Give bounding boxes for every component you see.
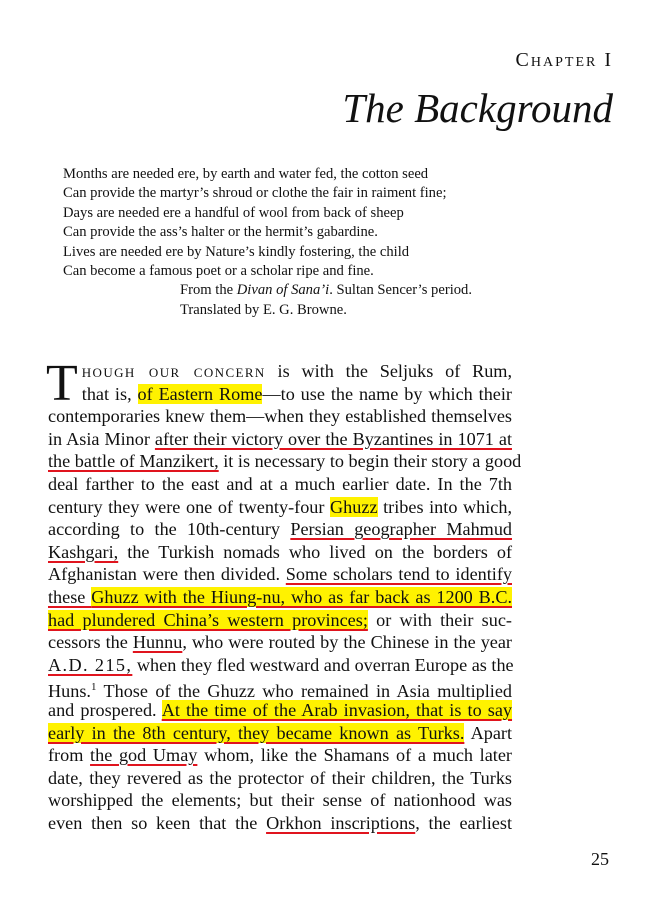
text-line: date, they revered as the protector of t…	[48, 767, 512, 790]
epigraph-line: Lives are needed ere by Nature’s kindly …	[63, 243, 472, 262]
underline-annotation[interactable]: Persian geographer Mahmud	[290, 519, 512, 539]
text-line: Kashgari, the Turkish nomads who lived o…	[48, 541, 512, 564]
epigraph-line: Can provide the ass’s halter or the herm…	[63, 223, 472, 242]
text-line: these Ghuzz with the Hiung-nu, who as fa…	[48, 586, 512, 609]
attribution-work: Divan of Sana’i	[237, 282, 329, 298]
underline-annotation[interactable]: the god Umay	[90, 745, 197, 765]
epigraph: Months are needed ere, by earth and wate…	[63, 165, 472, 320]
chapter-label: Chapter I	[516, 49, 613, 72]
text-line: even then so keen that the Orkhon inscri…	[48, 812, 512, 835]
text-line: and prospered. At the time of the Arab i…	[48, 699, 512, 722]
attribution-suffix: . Sultan Sencer’s period.	[329, 282, 472, 298]
text-line: worshipped the elements; but their sense…	[48, 789, 512, 812]
underline-annotation[interactable]: after their victory over the Byzantines …	[155, 429, 512, 449]
text-line: the battle of Manzikert, it is necessary…	[48, 450, 512, 473]
text-line: that is, of Eastern Rome—to use the name…	[48, 383, 512, 406]
highlight[interactable]: At the time of the Arab invasion, that i…	[162, 700, 512, 720]
epigraph-translator: Translated by E. G. Browne.	[63, 301, 472, 320]
text-line: A.D. 215, when they fled westward and ov…	[48, 654, 512, 677]
epigraph-line: Months are needed ere, by earth and wate…	[63, 165, 472, 184]
text-line: from the god Umay whom, like the Shamans…	[48, 744, 512, 767]
text-line: hough our concern is with the Seljuks of…	[48, 360, 512, 383]
attribution-prefix: From the	[180, 282, 237, 298]
text-line: deal farther to the east and at a much e…	[48, 473, 512, 496]
highlight[interactable]: Ghuzz	[330, 497, 377, 517]
highlight[interactable]: early in the 8th century, they became kn…	[48, 723, 464, 743]
text-line: had plundered China’s western provinces;…	[48, 609, 512, 632]
underline-annotation[interactable]: Some scholars tend to identify	[286, 564, 512, 584]
drop-cap: T	[46, 364, 78, 404]
text-line: according to the 10th-century Persian ge…	[48, 518, 512, 541]
underline-annotation[interactable]: the battle of Manzikert,	[48, 451, 219, 471]
epigraph-attribution: From the Divan of Sana’i. Sultan Sencer’…	[63, 281, 472, 300]
highlight[interactable]: of Eastern Rome	[138, 384, 263, 404]
text-line: century they were one of twenty-four Ghu…	[48, 496, 512, 519]
underline-annotation[interactable]: Kashgari,	[48, 542, 118, 562]
highlight[interactable]: had plundered China’s western provinces;	[48, 610, 368, 630]
text-line: Afghanistan were then divided. Some scho…	[48, 563, 512, 586]
text-line: early in the 8th century, they became kn…	[48, 722, 512, 745]
underline-annotation[interactable]: A.D. 215,	[48, 655, 132, 675]
epigraph-line: Can provide the martyr’s shroud or cloth…	[63, 184, 472, 203]
underline-annotation[interactable]: Hunnu	[133, 632, 183, 652]
body-text: T hough our concern is with the Seljuks …	[48, 360, 512, 834]
underline-annotation[interactable]: Orkhon inscriptions	[266, 813, 415, 833]
highlight[interactable]: Ghuzz with the Hiung-nu, who as far back…	[91, 587, 512, 607]
text-line: Huns.1 Those of the Ghuzz who remained i…	[48, 676, 512, 699]
epigraph-line: Days are needed ere a handful of wool fr…	[63, 204, 472, 223]
text-line: contemporaries knew them—when they estab…	[48, 405, 512, 428]
text-line: in Asia Minor after their victory over t…	[48, 428, 512, 451]
text-line: cessors the Hunnu, who were routed by th…	[48, 631, 512, 654]
page-number: 25	[591, 849, 609, 870]
chapter-title: The Background	[342, 84, 613, 132]
epigraph-line: Can become a famous poet or a scholar ri…	[63, 262, 472, 281]
